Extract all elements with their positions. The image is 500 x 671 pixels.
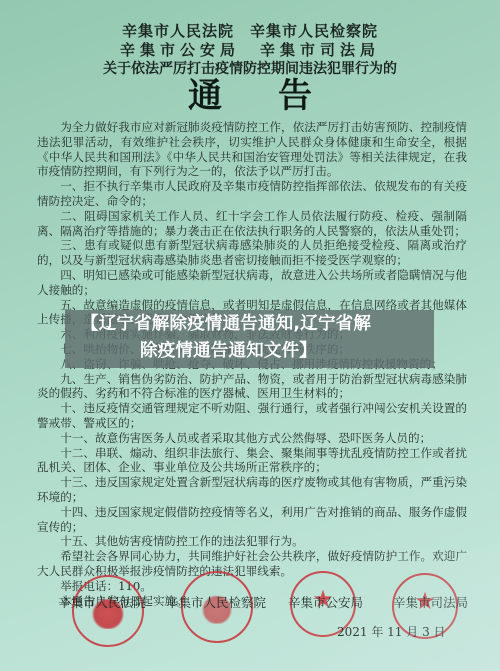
item-15: 十五、其他妨害疫情防控工作的违法犯罪行为。 xyxy=(37,534,467,549)
issuer-line-2: 辛集市公安局 辛集市司法局 xyxy=(0,41,500,60)
intro-paragraph: 为全力做好我市应对新冠肺炎疫情防控工作，依法严厉打击妨害预防、控制疫情违法犯罪活… xyxy=(37,120,467,179)
item-13: 十三、违反国家规定处置含新型冠状病毒的医疗废物或其他有害物质，严重污染环境的； xyxy=(37,475,467,505)
signature-court: 辛集市人民法院 xyxy=(58,593,146,611)
issue-date: 2021 年 11 月 3 日 xyxy=(337,623,446,640)
item-12: 十二、串联、煽动、组织非法旅行、集会、聚集闹事等扰乱疫情防控工作或者扰乱机关、团… xyxy=(37,446,467,476)
signature-police: 辛集市公安局 xyxy=(288,593,363,611)
item-10: 十、违反疫情交通管理规定不听劝阻、强行通行，或者强行冲闯公安机关设置的警戒带、警… xyxy=(37,401,467,431)
item-2: 二、阻碍国家机关工作人员、红十字会工作人员依法履行防疫、检疫、强制隔离、隔离治疗… xyxy=(37,209,467,239)
document-title: 通告 xyxy=(0,76,500,116)
signature-justice-bureau: 辛集市司法局 xyxy=(393,593,468,611)
caption-line-2: 除疫情通告通知文件】 xyxy=(65,338,434,365)
court-seal xyxy=(72,575,144,647)
item-14: 十四、违反国家规定假借防控疫情等名义，利用广告对推销的商品、服务作虚假宣传的； xyxy=(37,505,467,535)
notice-document: 辛集市人民法院 辛集市人民检察院 辛集市公安局 辛集市司法局 关于依法严厉打击疫… xyxy=(0,0,500,671)
signature-procuratorate: 辛集市人民检察院 xyxy=(166,593,266,611)
caption-overlay-text: 【辽宁省解除疫情通告通知,辽宁省解 除疫情通告通知文件】 xyxy=(65,311,434,365)
item-4: 四、明知已感染或可能感染新型冠状病毒，故意进入公共场所或者隐瞒情况与他人接触的； xyxy=(37,268,467,298)
document-header: 辛集市人民法院 辛集市人民检察院 辛集市公安局 辛集市司法局 关于依法严厉打击疫… xyxy=(0,22,500,79)
item-3: 三、患有或疑似患有新型冠状病毒感染肺炎的人员拒绝接受检疫、隔离或治疗的，以及与新… xyxy=(37,238,467,268)
issuer-line-1: 辛集市人民法院 辛集市人民检察院 xyxy=(0,22,500,41)
caption-line-1: 【辽宁省解除疫情通告通知,辽宁省解 xyxy=(65,311,434,338)
item-1: 一、拒不执行辛集市人民政府及辛集市疫情防控指挥部依法、依规发布的有关疫情防控决定… xyxy=(37,179,467,209)
closing-paragraph: 希望社会各界同心协力，共同维护好社会公共秩序，做好疫情防护工作。欢迎广大人民群众… xyxy=(37,549,467,579)
item-11: 十一、故意伤害医务人员或者采取其他方式公然侮辱、恐吓医务人员的； xyxy=(37,431,467,446)
item-9: 九、生产、销售伪劣防治、防护产品、物资，或者用于防治新型冠状病毒感染肺炎的假药、… xyxy=(37,372,467,402)
